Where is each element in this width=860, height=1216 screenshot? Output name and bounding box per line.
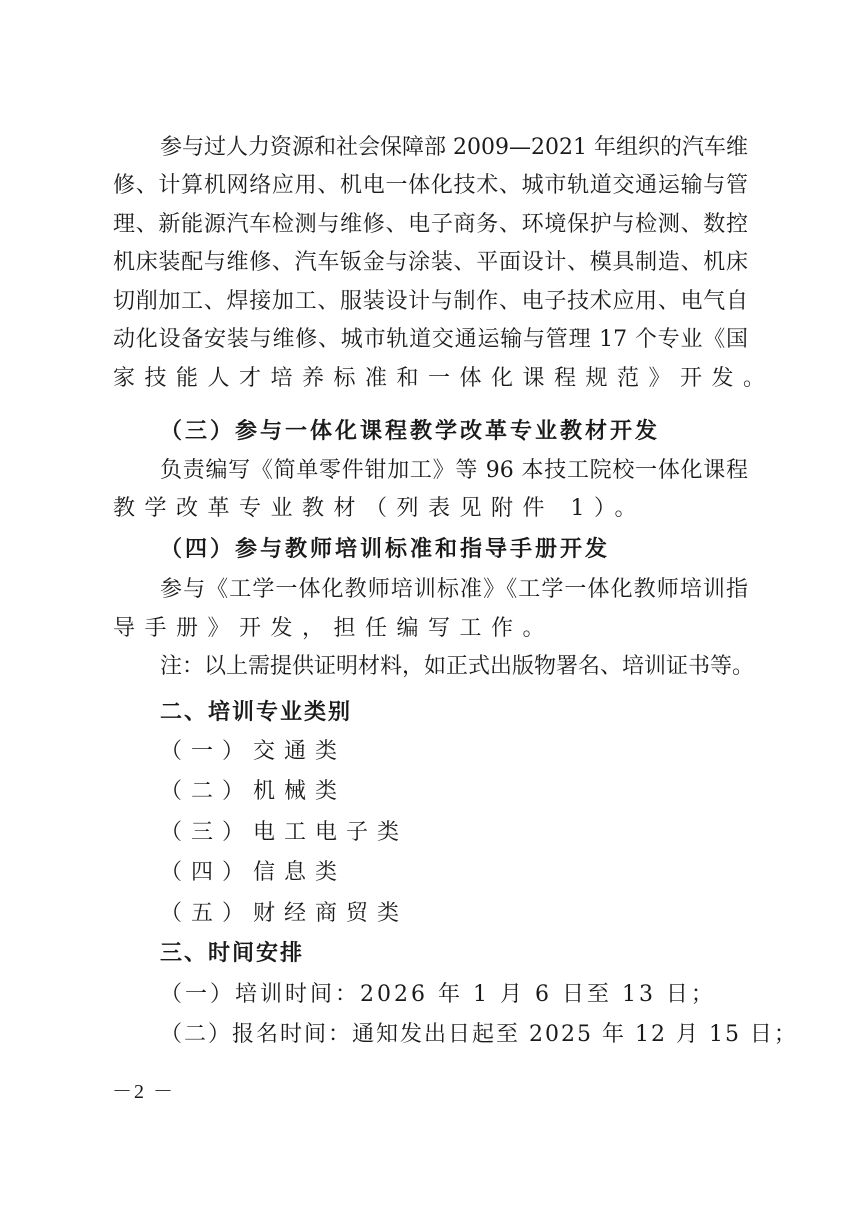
paragraph-line: 参与《工学一体化教师培训标准》《工学一体化教师培训指 [160, 575, 748, 605]
list-item: （二）机械类 [160, 777, 748, 807]
page-number: －2 － [112, 1075, 175, 1104]
list-item: （三）电工电子类 [160, 818, 748, 848]
paragraph-line: 参与过人力资源和社会保障部 2009—2021 年组织的汽车维 [160, 133, 748, 163]
paragraph-line: 负责编写《简单零件钳加工》等 96 本技工院校一体化课程 [160, 456, 748, 486]
paragraph-line: 动化设备安装与维修、城市轨道交通运输与管理 17 个专业《国 [113, 325, 748, 355]
list-item: （四）信息类 [160, 858, 748, 888]
paragraph-line: 家技能人才培养标准和一体化课程规范》开发。 [113, 364, 748, 394]
list-item: （一）培训时间：2026 年 1 月 6 日至 13 日； [160, 980, 748, 1010]
subheading-3: （三）参与一体化课程教学改革专业教材开发 [160, 417, 748, 447]
paragraph-line: 切削加工、焊接加工、服装设计与制作、电子技术应用、电气自 [113, 287, 748, 317]
list-item: （一）交通类 [160, 737, 748, 767]
subheading-4: （四）参与教师培训标准和指导手册开发 [160, 535, 748, 565]
list-item: （二）报名时间：通知发出日起至 2025 年 12 月 15 日； [160, 1020, 748, 1050]
paragraph-line: 理、新能源汽车检测与维修、电子商务、环境保护与检测、数控 [113, 210, 748, 240]
document-page: 参与过人力资源和社会保障部 2009—2021 年组织的汽车维 修、计算机网络应… [0, 0, 860, 1216]
note-text: 注：以上需提供证明材料，如正式出版物署名、培训证书等。 [160, 652, 748, 682]
paragraph-line: 机床装配与维修、汽车钣金与涂装、平面设计、模具制造、机床 [113, 248, 748, 278]
section-3-title: 三、时间安排 [160, 939, 748, 969]
section-2-title: 二、培训专业类别 [160, 698, 748, 728]
paragraph-line: 导手册》开发，担任编写工作。 [113, 614, 748, 644]
list-item: （五）财经商贸类 [160, 899, 748, 929]
paragraph-line: 教学改革专业教材（列表见附件 1）。 [113, 494, 748, 524]
paragraph-line: 修、计算机网络应用、机电一体化技术、城市轨道交通运输与管 [113, 171, 748, 201]
